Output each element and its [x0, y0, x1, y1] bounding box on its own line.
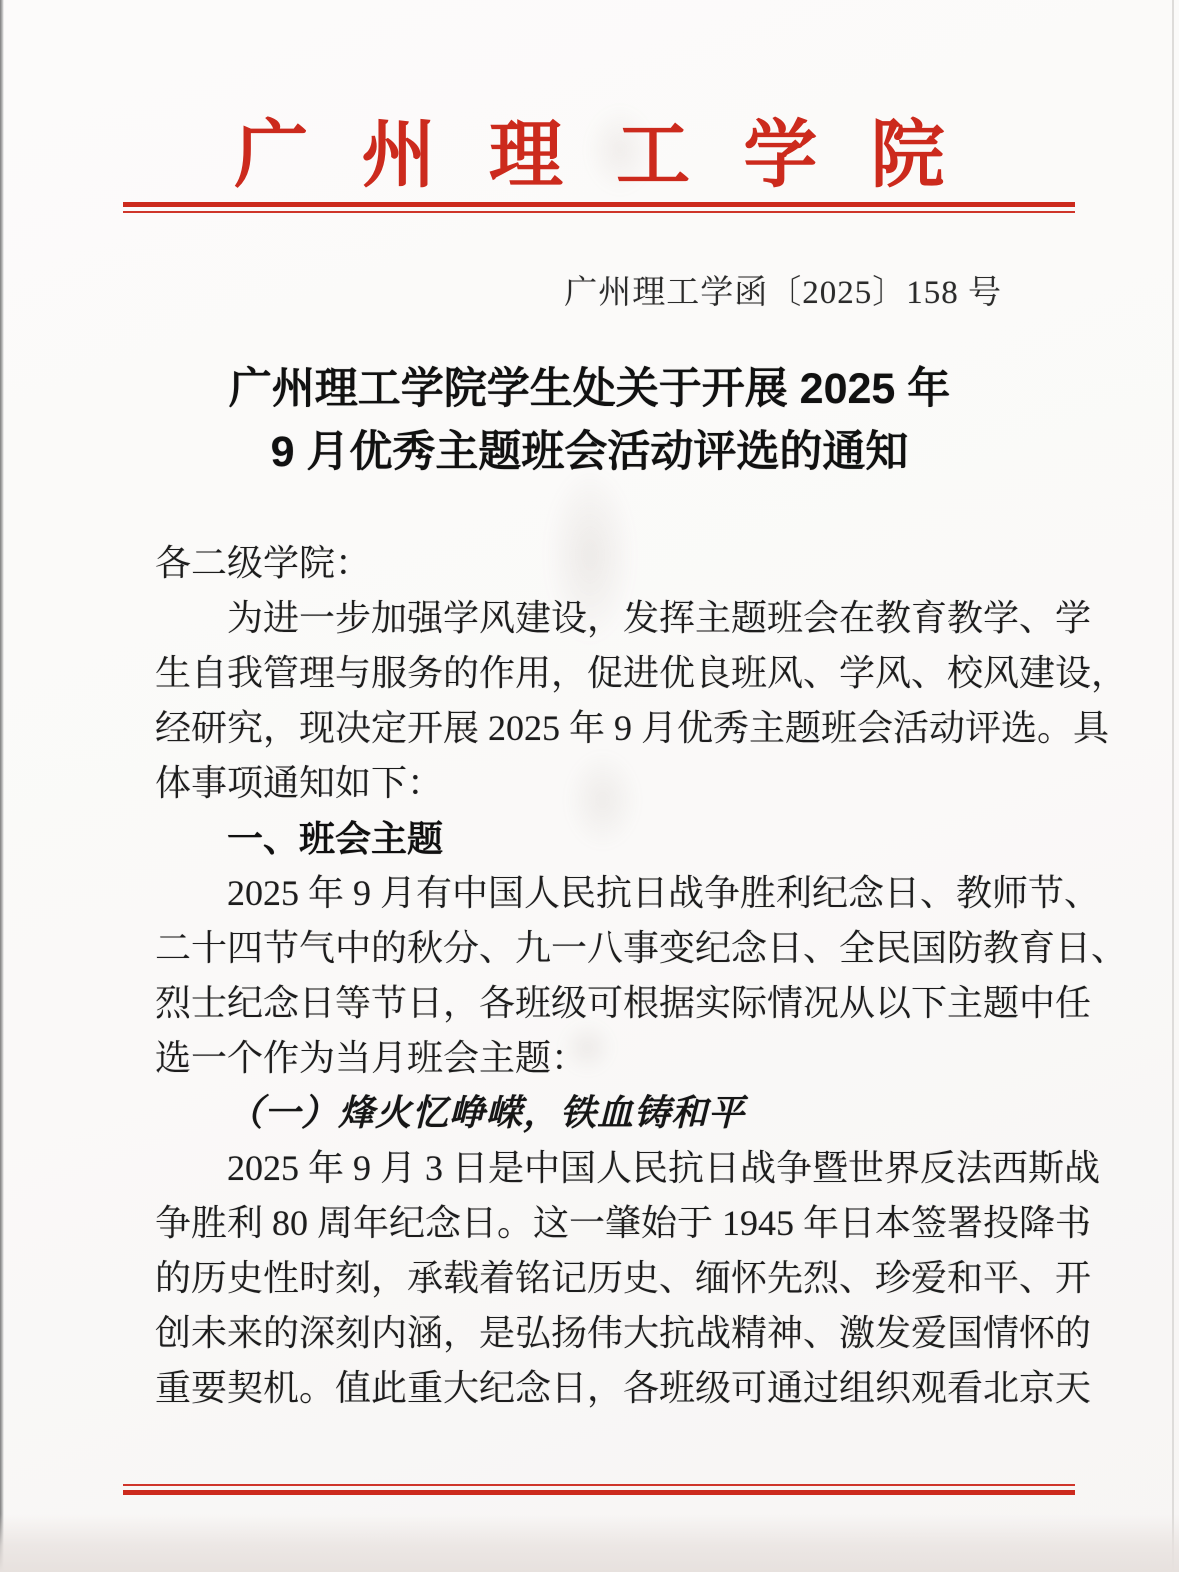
document-title-line1: 广州理工学院学生处关于开展 2025 年: [80, 358, 1099, 421]
paragraph-line: 烈士纪念日等节日，各班级可根据实际情况从以下主题中任: [155, 976, 1024, 1031]
paragraph-line: 体事项通知如下：: [155, 756, 1024, 811]
document-title-line2: 9 月优秀主题班会活动评选的通知: [80, 421, 1099, 484]
paragraph-line: 经研究，现决定开展 2025 年 9 月优秀主题班会活动评选。具: [155, 701, 1024, 756]
paragraph-line: 争胜利 80 周年纪念日。这一肇始于 1945 年日本签署投降书: [155, 1196, 1024, 1251]
letterhead-org-name: 广州理工学院: [0, 96, 1179, 202]
paragraph-line: 重要契机。值此重大纪念日，各班级可通过组织观看北京天: [155, 1361, 1024, 1416]
scan-right-edge: [1172, 0, 1174, 1572]
salutation: 各二级学院：: [155, 536, 1024, 591]
document-title: 广州理工学院学生处关于开展 2025 年 9 月优秀主题班会活动评选的通知: [80, 358, 1099, 484]
paragraph-line: 为进一步加强学风建设，发挥主题班会在教育教学、学: [155, 591, 1024, 646]
letterhead-double-rule: [123, 202, 1075, 213]
section-heading: 一、班会主题: [155, 811, 1024, 866]
paragraph-line: 二十四节气中的秋分、九一八事变纪念日、全民国防教育日、: [155, 921, 1024, 976]
paragraph-line: 生自我管理与服务的作用，促进优良班风、学风、校风建设，: [155, 646, 1024, 701]
topic-heading: （一）烽火忆峥嵘，铁血铸和平: [155, 1086, 1024, 1141]
scan-bottom-shading: [0, 1514, 1179, 1572]
rule-thin-line: [123, 211, 1075, 213]
paragraph-line: 创未来的深刻内涵，是弘扬伟大抗战精神、激发爱国情怀的: [155, 1306, 1024, 1361]
document-number: 广州理工学函〔2025〕158 号: [0, 266, 1002, 313]
footer-double-rule: [123, 1484, 1075, 1495]
paragraph-line: 2025 年 9 月有中国人民抗日战争胜利纪念日、教师节、: [155, 866, 1024, 921]
scanned-document-page: 广州理工学院 广州理工学函〔2025〕158 号 广州理工学院学生处关于开展 2…: [0, 0, 1179, 1572]
paragraph-line: 的历史性时刻，承载着铭记历史、缅怀先烈、珍爱和平、开: [155, 1251, 1024, 1306]
paragraph-line: 选一个作为当月班会主题：: [155, 1031, 1024, 1086]
document-body: 各二级学院： 为进一步加强学风建设，发挥主题班会在教育教学、学 生自我管理与服务…: [155, 536, 1024, 1416]
paragraph-line: 2025 年 9 月 3 日是中国人民抗日战争暨世界反法西斯战: [155, 1141, 1024, 1196]
scan-left-edge: [0, 0, 4, 1572]
rule-thick-line: [123, 1490, 1075, 1495]
